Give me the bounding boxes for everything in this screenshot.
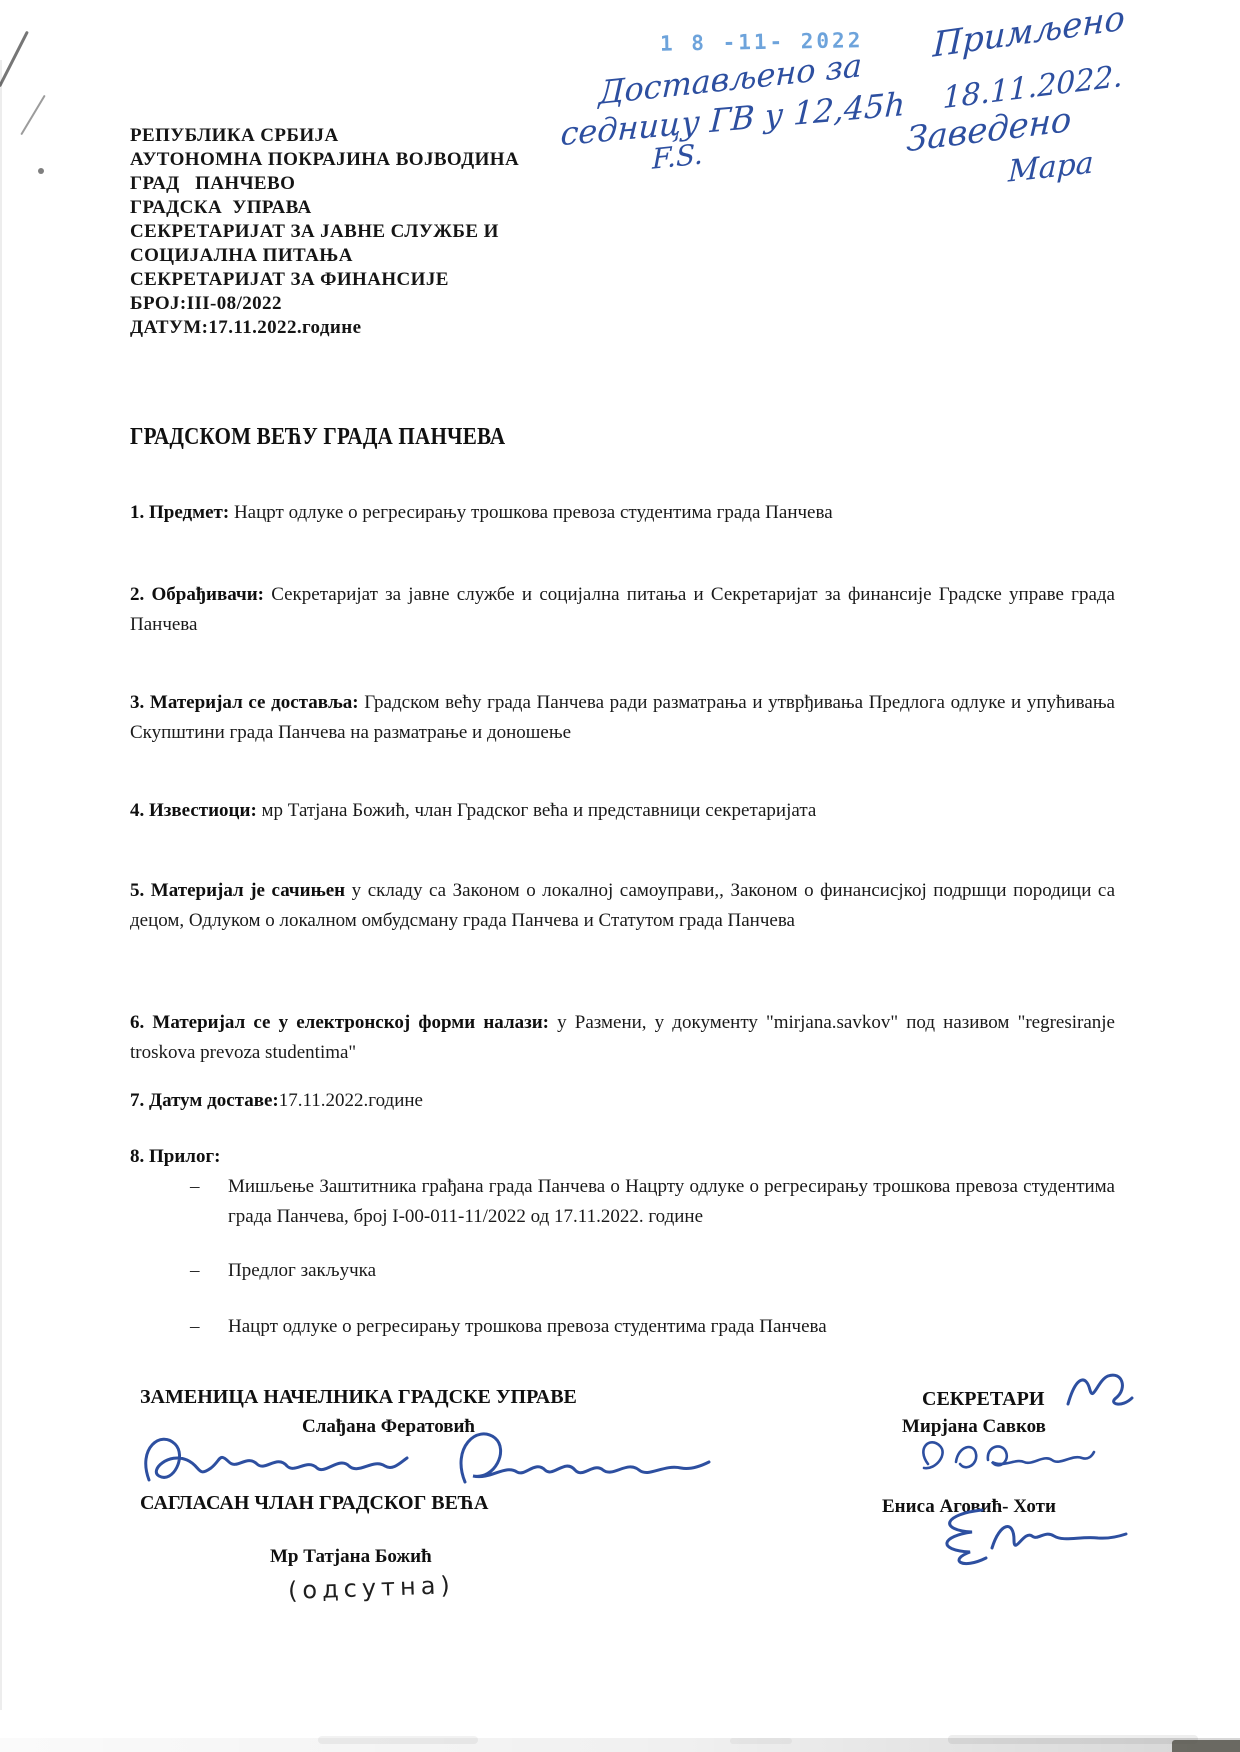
agreed-member-title: САГЛАСАН ЧЛАН ГРАДСКОГ ВЕЋА [140, 1492, 488, 1515]
scan-edge-line [0, 60, 2, 1710]
item-attachments-header: 8. Прилог: [130, 1142, 1115, 1172]
item-text: 17.11.2022.године [279, 1090, 423, 1111]
attachment-text: Предлог закључка [228, 1256, 1115, 1286]
attachment-item: – Мишљење Заштитника грађана града Панче… [190, 1172, 1115, 1232]
item-delivery-date: 7. Датум доставе:17.11.2022.године [130, 1086, 1115, 1116]
signature-savkov [912, 1434, 1097, 1482]
list-dash: – [190, 1256, 228, 1286]
handwritten-note-received: Примљено [932, 0, 1125, 66]
signature-agovic-hoti [930, 1492, 1130, 1577]
item-text: Секретаријат за јавне службе и социјална… [130, 584, 1115, 635]
secretaries-title: СЕКРЕТАРИ [922, 1388, 1044, 1411]
letterhead-line: ГРАДСКА УПРАВА [130, 196, 519, 220]
scan-smudge [948, 1735, 1198, 1744]
letterhead: РЕПУБЛИКА СРБИЈА АУТОНОМНА ПОКРАЈИНА ВОЈ… [130, 124, 519, 340]
letterhead-line: СОЦИЈАЛНА ПИТАЊА [130, 244, 519, 268]
item-label: 5. Материјал је сачињен [130, 880, 345, 901]
letterhead-number: БРОЈ:III-08/2022 [130, 292, 519, 316]
item-electronic-form: 6. Материјал се у електронској форми нал… [130, 1008, 1115, 1068]
item-processors: 2. Обрађивачи: Секретаријат за јавне слу… [130, 580, 1115, 640]
deputy-head-title: ЗАМЕНИЦА НАЧЕЛНИКА ГРАДСКЕ УПРАВЕ [140, 1386, 577, 1409]
attachment-item: – Нацрт одлуке о регресирању трошкова пр… [190, 1312, 1115, 1342]
item-rapporteurs: 4. Известиоци: мр Татјана Божић, члан Гр… [130, 796, 1115, 826]
member-name: Мр Татјана Божић [270, 1546, 432, 1568]
item-label: 7. Датум доставе: [130, 1090, 279, 1111]
item-label: 4. Известиоци: [130, 800, 257, 821]
scan-smudge [730, 1738, 792, 1744]
ink-dot [38, 168, 44, 174]
item-material-delivered: 3. Материјал се доставља: Градском већу … [130, 688, 1115, 748]
item-text: Нацрт одлуке о регресирању трошкова прев… [229, 502, 832, 523]
pen-scratch-mark [0, 31, 29, 88]
attachment-text: Нацрт одлуке о регресирању трошкова прев… [228, 1312, 1115, 1342]
pen-scratch-mark [20, 95, 45, 135]
item-subject: 1. Предмет: Нацрт одлуке о регресирању т… [130, 498, 1115, 528]
letterhead-line: СЕКРЕТАРИЈАТ ЗА ЈАВНЕ СЛУЖБЕ И [130, 220, 519, 244]
attachment-text: Мишљење Заштитника грађана града Панчева… [228, 1172, 1115, 1232]
item-legal-basis: 5. Материјал је сачињен у складу са Зако… [130, 876, 1115, 936]
item-text: мр Татјана Божић, члан Градског већа и п… [257, 800, 817, 821]
list-dash: – [190, 1312, 228, 1342]
item-label: 6. Материјал се у електронској форми нал… [130, 1012, 549, 1033]
item-label: 2. Обрађивачи: [130, 584, 264, 605]
letterhead-line: СЕКРЕТАРИЈАТ ЗА ФИНАНСИЈЕ [130, 268, 519, 292]
attachment-item: – Предлог закључка [190, 1256, 1115, 1286]
paraph-scribble [1062, 1366, 1142, 1418]
addressee-title: ГРАДСКОМ ВЕЋУ ГРАДА ПАНЧЕВА [130, 424, 505, 451]
absent-note: (одсутна) [288, 1571, 456, 1605]
list-dash: – [190, 1172, 228, 1232]
scanned-document-page: 1 8 -11- 2022 Достављено за седницу ГВ у… [0, 0, 1240, 1752]
item-label: 8. Прилог: [130, 1146, 220, 1167]
handwritten-name: Мара [1008, 145, 1094, 189]
scan-smudge [318, 1736, 478, 1744]
letterhead-line: РЕПУБЛИКА СРБИЈА [130, 124, 519, 148]
letterhead-line: ГРАД ПАНЧЕВО [130, 172, 519, 196]
item-label: 3. Материјал се доставља: [130, 692, 359, 713]
scan-corner-blot [1172, 1740, 1240, 1752]
letterhead-line: АУТОНОМНА ПОКРАЈИНА ВОЈВОДИНА [130, 148, 519, 172]
letterhead-date: ДАТУМ:17.11.2022.године [130, 316, 519, 340]
handwritten-initials: F.S. [652, 137, 703, 176]
item-label: 1. Предмет: [130, 502, 229, 523]
